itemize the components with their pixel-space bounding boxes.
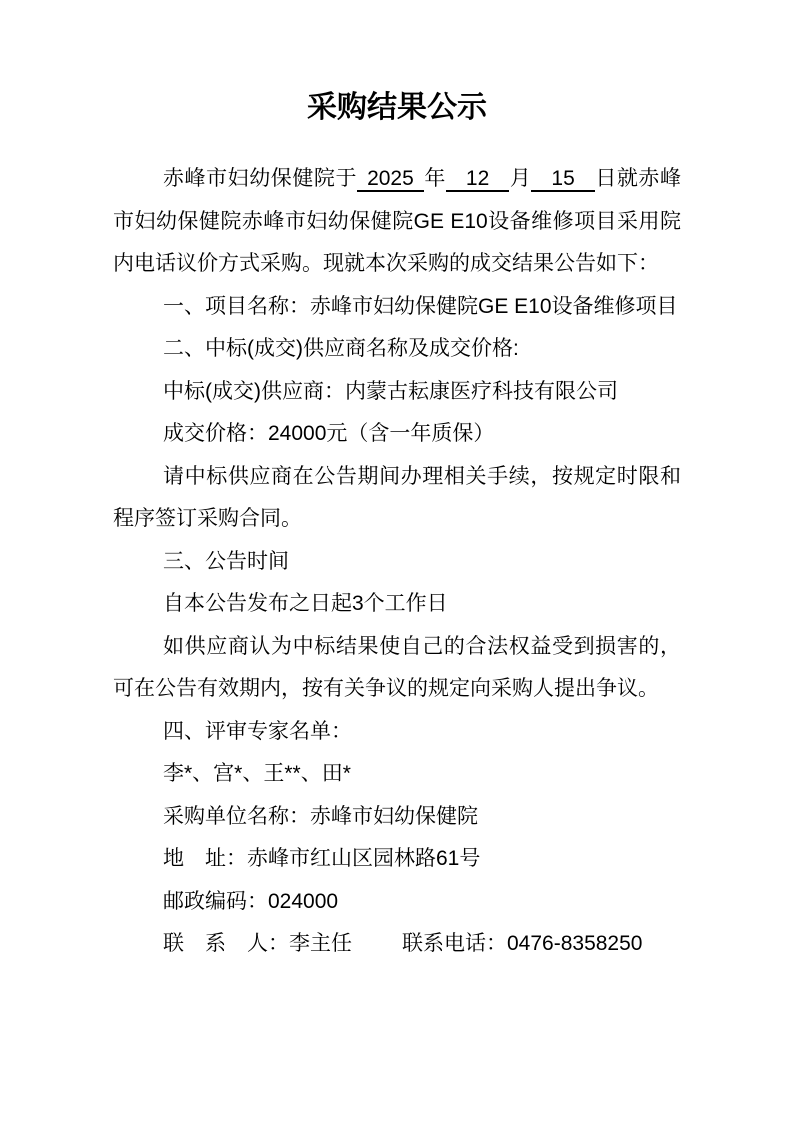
document-title: 采购结果公示: [113, 88, 681, 128]
section-project-name: 一、项目名称：赤峰市妇幼保健院GE E10设备维修项目: [113, 286, 681, 329]
year-unit: 年: [424, 167, 446, 190]
section-award-heading: 二、中标(成交)供应商名称及成交价格:: [113, 328, 681, 371]
month-unit: 月: [509, 167, 531, 190]
document-page: 采购结果公示 赤峰市妇幼保健院于2025年12月15日就赤峰市妇幼保健院赤峰市妇…: [0, 0, 793, 1121]
year-blank: 2025: [357, 167, 424, 192]
experts-list-line: 李*、宫*、王**、田*: [113, 753, 681, 796]
month-blank: 12: [446, 167, 509, 192]
intro-prefix: 赤峰市妇幼保健院于: [163, 167, 357, 190]
notice-paragraph: 请中标供应商在公告期间办理相关手续，按规定时限和程序签订采购合同。: [113, 456, 681, 541]
contact-person: 联 系 人：李主任: [163, 932, 352, 955]
postal-code-line: 邮政编码：024000: [113, 881, 681, 924]
section-experts-heading: 四、评审专家名单：: [113, 711, 681, 754]
address-line: 地 址：赤峰市红山区园林路61号: [113, 838, 681, 881]
day-blank: 15: [531, 167, 594, 192]
price-line: 成交价格：24000元（含一年质保）: [113, 413, 681, 456]
dispute-paragraph: 如供应商认为中标结果使自己的合法权益受到损害的，可在公告有效期内，按有关争议的规…: [113, 626, 681, 711]
section-announcement-time-heading: 三、公告时间: [113, 541, 681, 584]
contact-phone: 联系电话：0476-8358250: [402, 932, 642, 955]
contact-line: 联 系 人：李主任联系电话：0476-8358250: [113, 923, 681, 966]
day-unit: 日: [595, 167, 617, 190]
announcement-period-line: 自本公告发布之日起3个工作日: [113, 583, 681, 626]
intro-paragraph: 赤峰市妇幼保健院于2025年12月15日就赤峰市妇幼保健院赤峰市妇幼保健院GE …: [113, 158, 681, 286]
supplier-line: 中标(成交)供应商：内蒙古耘康医疗科技有限公司: [113, 371, 681, 414]
buyer-name-line: 采购单位名称：赤峰市妇幼保健院: [113, 796, 681, 839]
